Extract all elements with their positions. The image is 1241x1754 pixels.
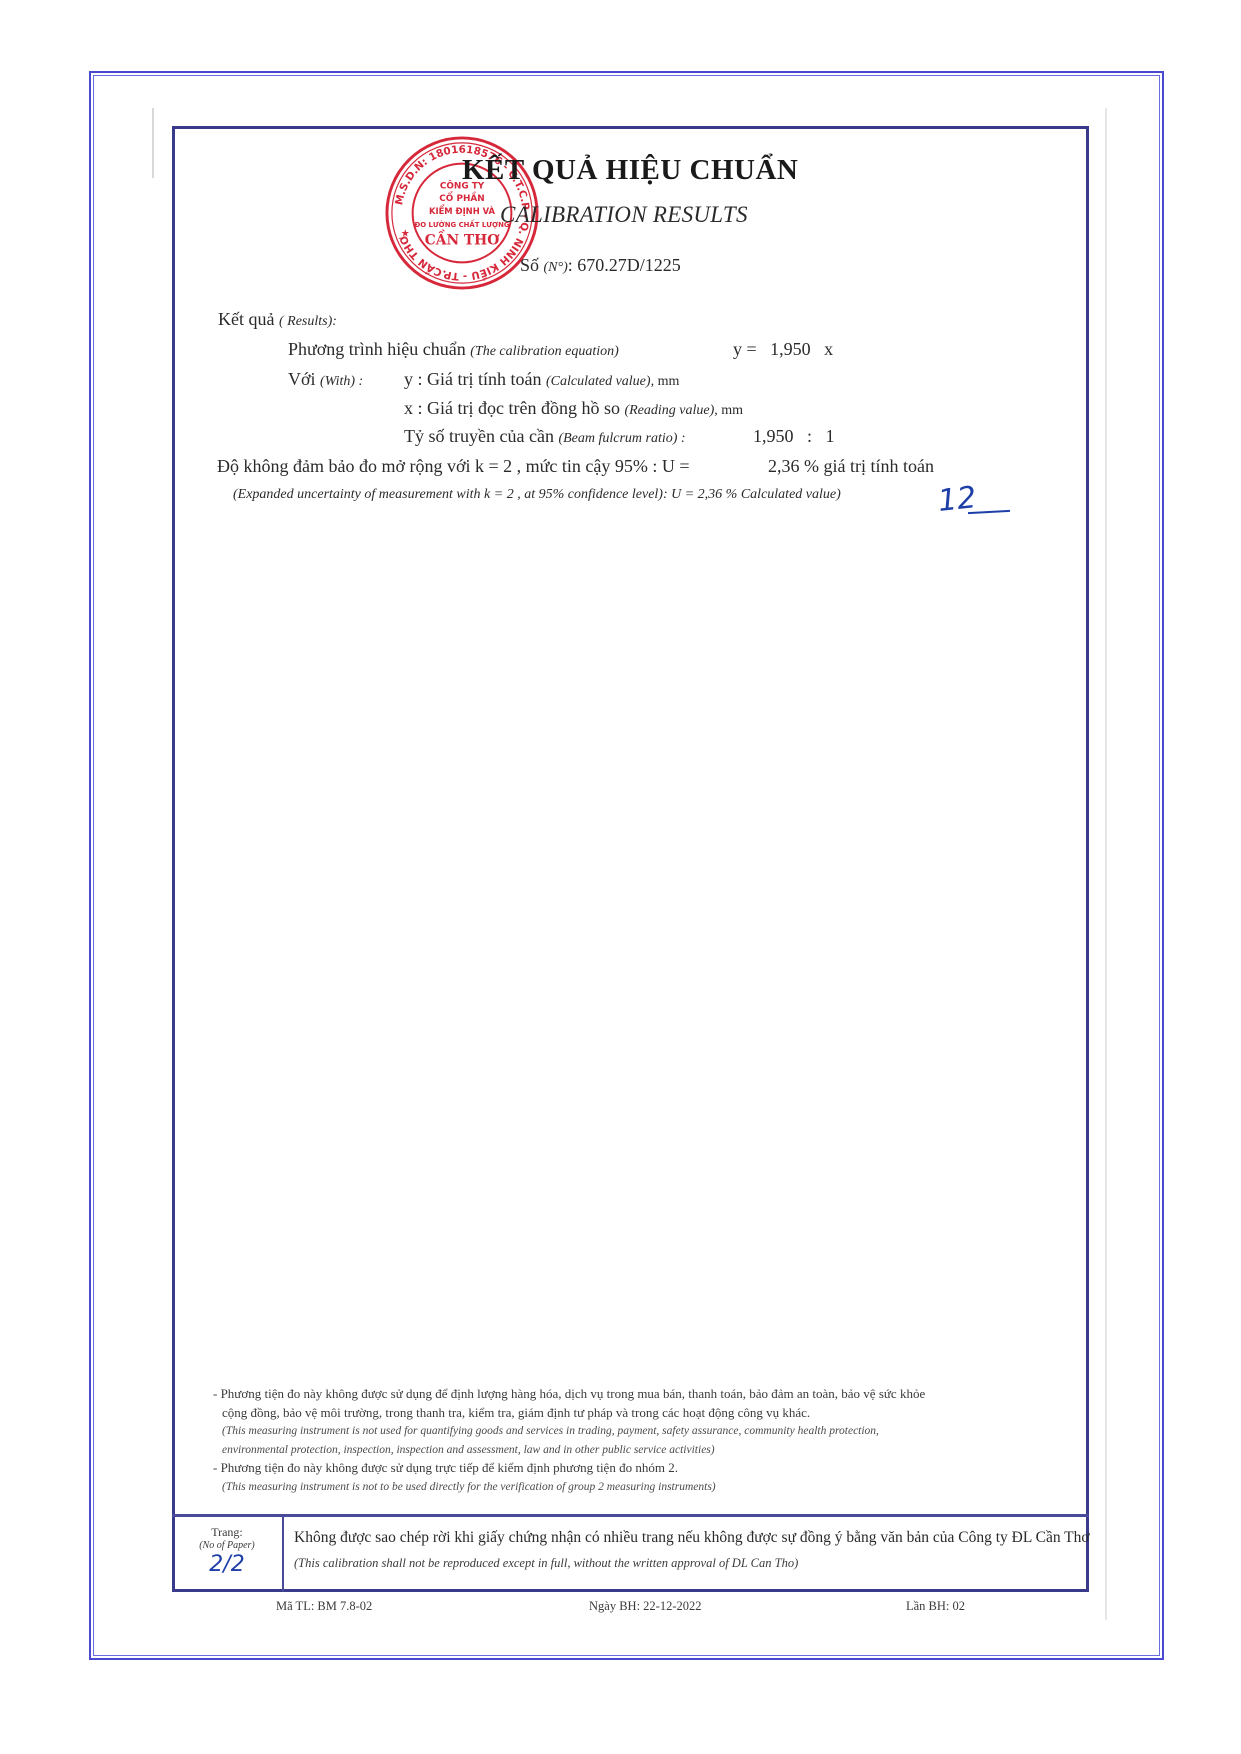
- beam-ratio-label: Tỷ số truyền của cần (Beam fulcrum ratio…: [404, 426, 686, 447]
- x-definition: x : Giá trị đọc trên đồng hồ so (Reading…: [404, 398, 743, 419]
- page-number: 2/2: [172, 1552, 282, 1577]
- footer-box: Trang: (No of Paper) 2/2 Không được sao …: [172, 1514, 1089, 1592]
- cert-no-label: Số: [520, 255, 539, 275]
- beam-ratio-value: 1,950 : 1: [753, 426, 835, 447]
- document-title: KẾT QUẢ HIỆU CHUẨN: [462, 154, 798, 187]
- svg-text:ĐO LƯỜNG CHẤT LƯỢNG: ĐO LƯỜNG CHẤT LƯỢNG: [414, 219, 509, 229]
- svg-text:KIỂM ĐỊNH VÀ: KIỂM ĐỊNH VÀ: [429, 204, 496, 216]
- uncertainty-statement: Độ không đảm bảo đo mở rộng với k = 2 , …: [217, 456, 690, 477]
- note-1-cont: cộng đồng, bảo vệ môi trường, trong than…: [213, 1404, 1063, 1423]
- cert-no-value: 670.27D/1225: [577, 255, 681, 275]
- note-1-en-cont: environmental protection, inspection, in…: [213, 1441, 1063, 1460]
- copy-notice-en: (This calibration shall not be reproduce…: [294, 1556, 798, 1571]
- usage-notes: - Phương tiện đo này không được sử dụng …: [213, 1385, 1063, 1496]
- note-2-en: (This measuring instrument is not to be …: [213, 1478, 1063, 1497]
- with-label: Với (With) :: [288, 369, 363, 390]
- note-1: - Phương tiện đo này không được sử dụng …: [213, 1385, 1063, 1404]
- note-2: - Phương tiện đo này không được sử dụng …: [213, 1459, 1063, 1478]
- cert-no-label-en: (N°): [544, 260, 568, 275]
- page-number-cell: Trang: (No of Paper) 2/2: [172, 1517, 284, 1592]
- svg-text:CẦN THƠ: CẦN THƠ: [425, 231, 500, 249]
- scan-artifact-line: [1105, 108, 1107, 1620]
- results-heading: Kết quả ( Results):: [218, 309, 337, 330]
- svg-text:CỔ PHẦN: CỔ PHẦN: [439, 191, 484, 204]
- certificate-number: Số (N°): 670.27D/1225: [520, 255, 681, 276]
- copy-notice: Không được sao chép rời khi giấy chứng n…: [294, 1529, 1090, 1547]
- svg-text:★: ★: [401, 229, 410, 240]
- scan-artifact-line: [152, 108, 154, 178]
- uncertainty-statement-en: (Expanded uncertainty of measurement wit…: [233, 487, 841, 503]
- calibration-equation-label: Phương trình hiệu chuẩn (The calibration…: [288, 339, 619, 360]
- revision-number: Lần BH: 02: [906, 1599, 965, 1614]
- cert-no-separator: :: [568, 255, 573, 275]
- issue-date: Ngày BH: 22-12-2022: [589, 1599, 702, 1614]
- calibration-equation-value: y = 1,950 x: [733, 339, 833, 360]
- note-1-en: (This measuring instrument is not used f…: [213, 1422, 1063, 1441]
- document-subtitle: CALIBRATION RESULTS: [500, 202, 748, 228]
- document-code: Mã TL: BM 7.8-02: [276, 1599, 372, 1614]
- page-label-en: (No of Paper): [172, 1540, 282, 1551]
- y-definition: y : Giá trị tính toán (Calculated value)…: [404, 369, 679, 390]
- page-label: Trang:: [172, 1525, 282, 1540]
- uncertainty-value: 2,36 % giá trị tính toán: [768, 456, 934, 477]
